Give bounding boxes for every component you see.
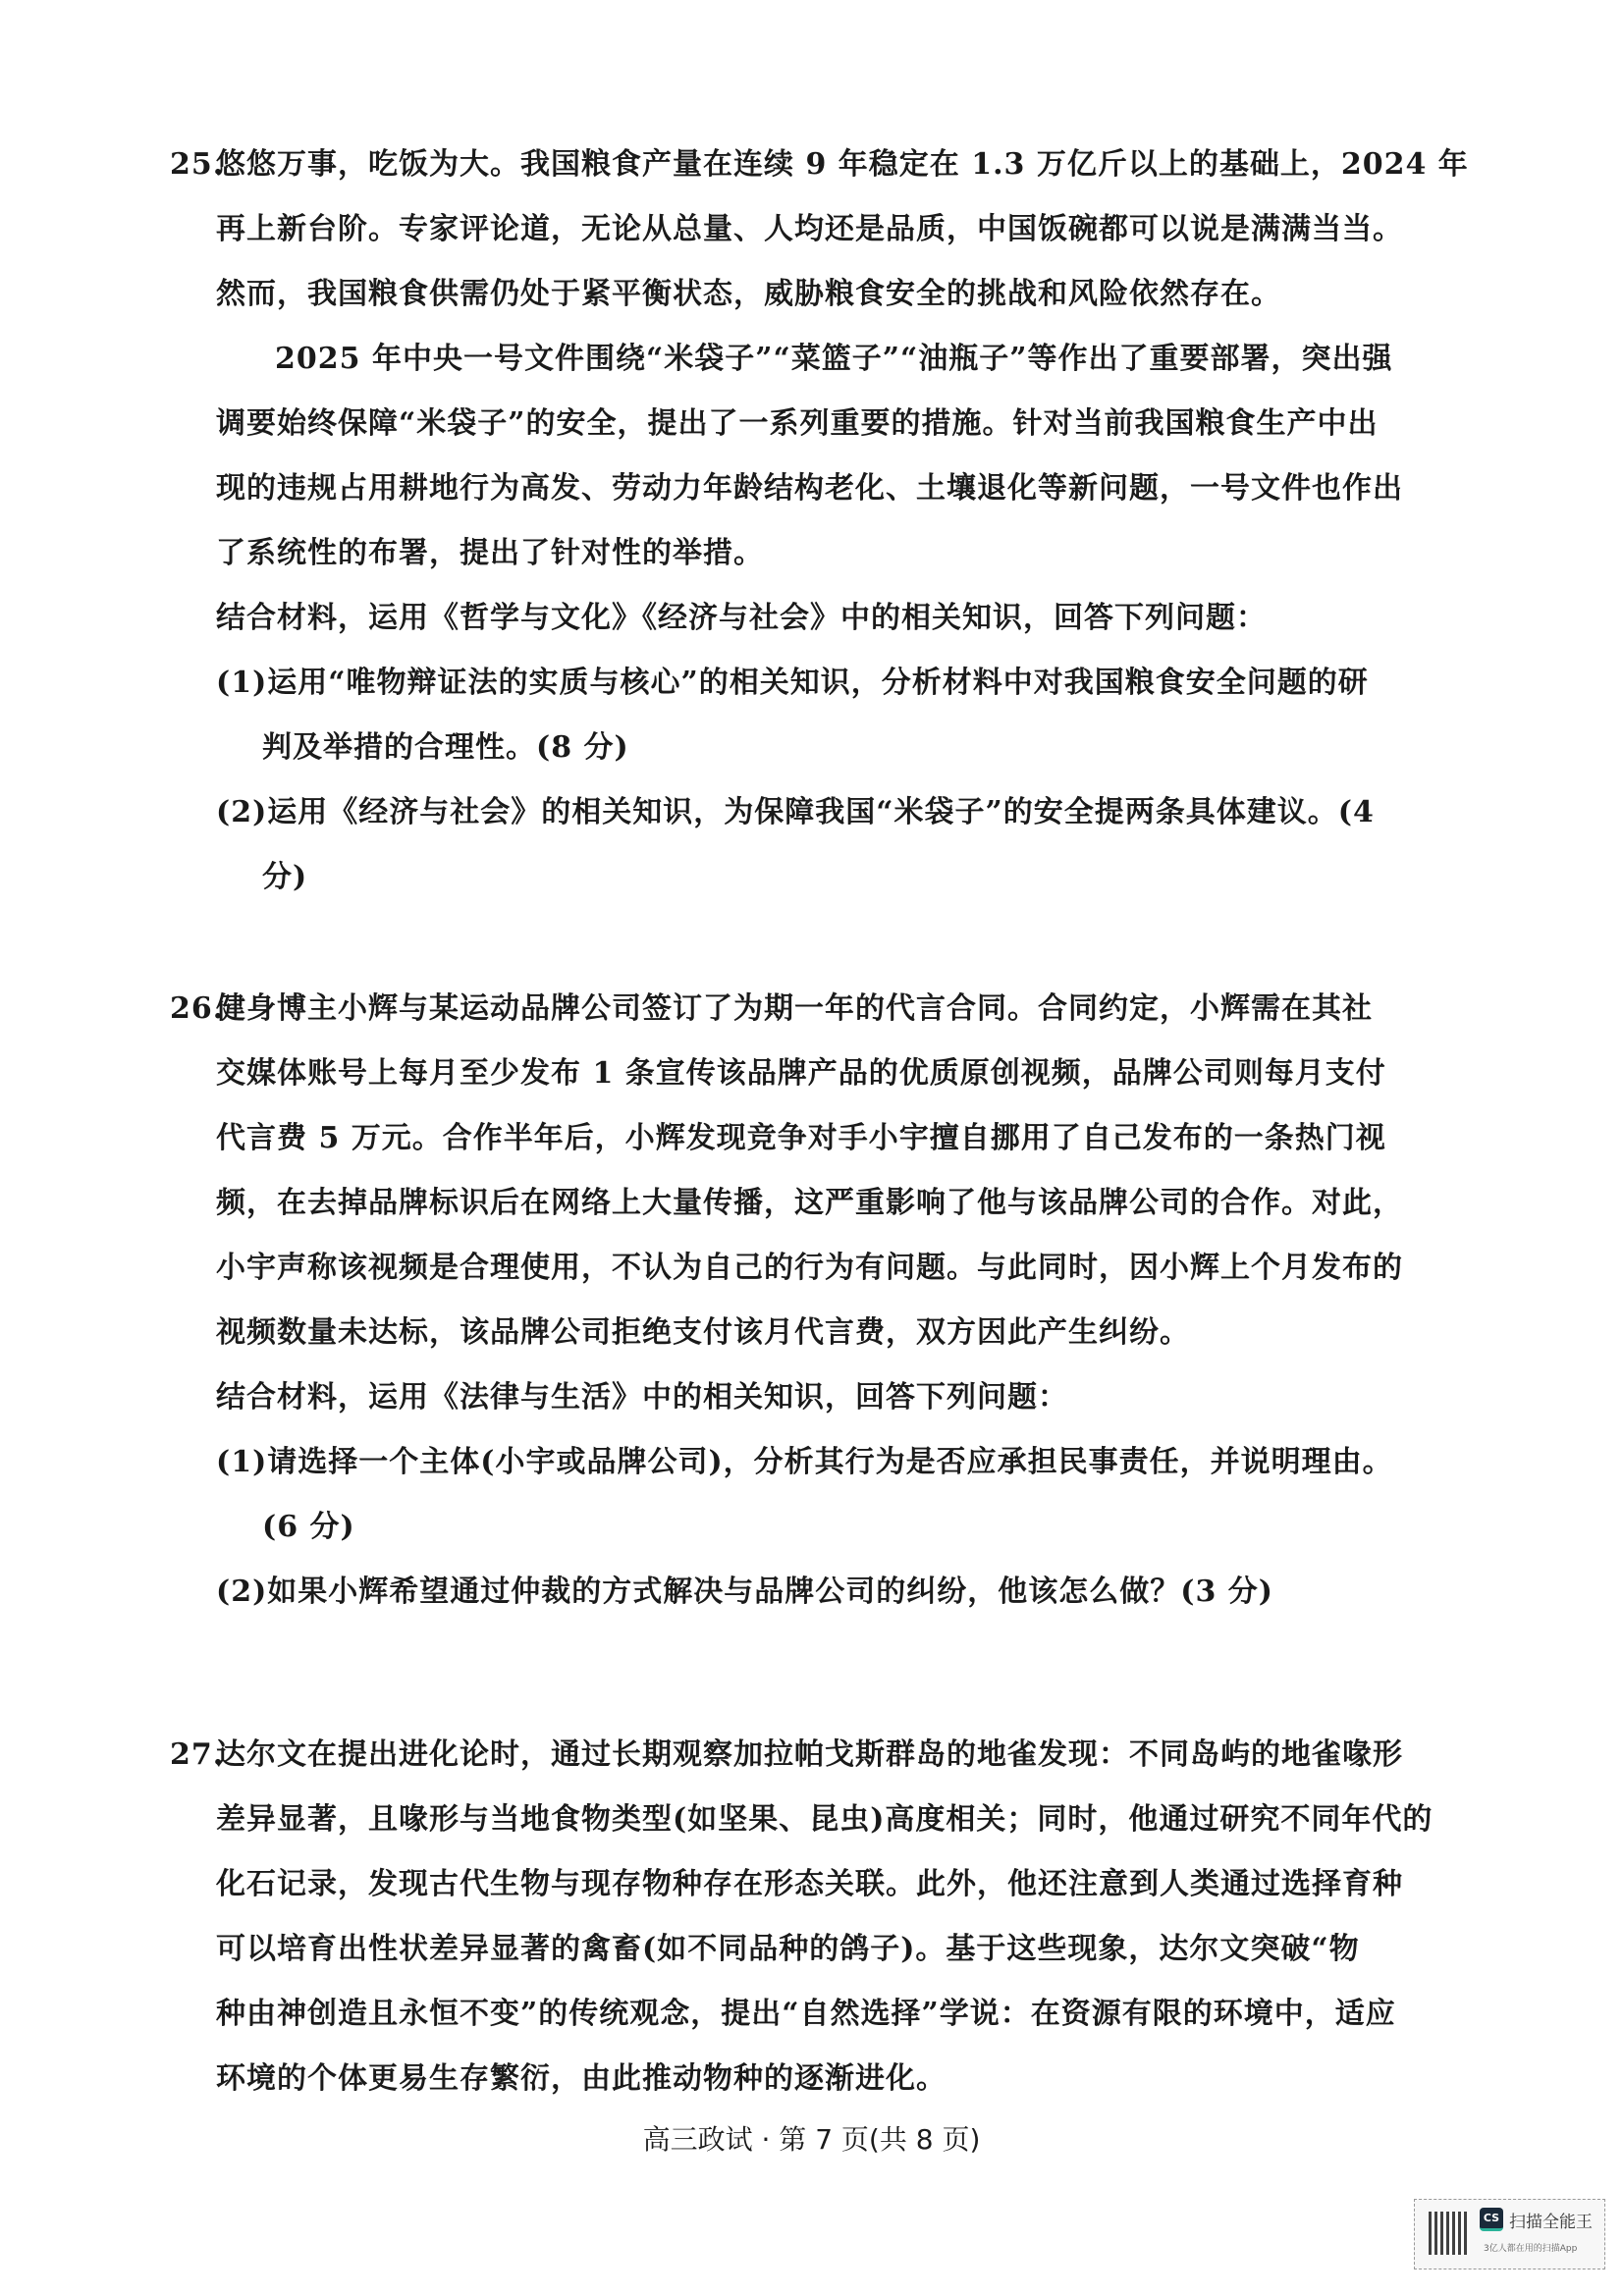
material-line: 小宇声称该视频是合理使用，不认为自己的行为有问题。与此同时，因小辉上个月发布的	[172, 1236, 1468, 1301]
instruction-line: 结合材料，运用《哲学与文化》《经济与社会》中的相关知识，回答下列问题：	[172, 586, 1468, 651]
material-line: 化石记录，发现古代生物与现存物种存在形态关联。此外，他还注意到人类通过选择育种	[172, 1852, 1468, 1917]
material-line: 然而，我国粮食供需仍处于紧平衡状态，威胁粮食安全的挑战和风险依然存在。	[172, 262, 1468, 327]
material-line: 2025 年中央一号文件围绕“米袋子”“菜篮子”“油瓶子”等作出了重要部署，突出…	[172, 327, 1468, 392]
question-number: 27.	[170, 1723, 224, 1788]
qr-code-icon	[1429, 2212, 1470, 2255]
material-line: 种由神创造且永恒不变”的传统观念，提出“自然选择”学说：在资源有限的环境中，适应	[172, 1982, 1468, 2047]
material-line: 频，在去掉品牌标识后在网络上大量传播，这严重影响了他与该品牌公司的合作。对此，	[172, 1171, 1468, 1236]
material-line: 代言费 5 万元。合作半年后，小辉发现竞争对手小宇擅自挪用了自己发布的一条热门视	[172, 1106, 1468, 1171]
sub-question-1: (1)运用“唯物辩证法的实质与核心”的相关知识，分析材料中对我国粮食安全问题的研	[172, 651, 1468, 716]
sub-question-1-cont: 判及举措的合理性。(8 分)	[172, 716, 1468, 780]
material-line: 可以培育出性状差异显著的禽畜(如不同品种的鸽子)。基于这些现象，达尔文突破“物	[172, 1917, 1468, 1982]
scanner-watermark-badge: CS 扫描全能王 3亿人都在用的扫描App	[1414, 2199, 1605, 2269]
material-line: 了系统性的布署，提出了针对性的举措。	[172, 521, 1468, 586]
material-line: 调要始终保障“米袋子”的安全，提出了一系列重要的措施。针对当前我国粮食生产中出	[172, 392, 1468, 456]
material-line: 达尔文在提出进化论时，通过长期观察加拉帕戈斯群岛的地雀发现：不同岛屿的地雀喙形	[172, 1723, 1468, 1788]
material-line: 交媒体账号上每月至少发布 1 条宣传该品牌产品的优质原创视频，品牌公司则每月支付	[172, 1041, 1468, 1106]
sub-question-2: (2)运用《经济与社会》的相关知识，为保障我国“米袋子”的安全提两条具体建议。(…	[172, 780, 1468, 845]
question-number: 25.	[170, 133, 224, 197]
page-footer: 高三政试 · 第 7 页(共 8 页)	[0, 2118, 1623, 2158]
scanner-app-name: 扫描全能王	[1509, 2208, 1593, 2232]
sub-question-2: (2)如果小辉希望通过仲裁的方式解决与品牌公司的纠纷，他该怎么做？(3 分)	[172, 1560, 1468, 1625]
question-number: 26.	[170, 977, 224, 1041]
sub-question-1: (1)请选择一个主体(小宇或品牌公司)，分析其行为是否应承担民事责任，并说明理由…	[172, 1430, 1468, 1495]
question-25: 25. 悠悠万事，吃饭为大。我国粮食产量在连续 9 年稳定在 1.3 万亿斤以上…	[172, 133, 1468, 910]
material-line: 再上新台阶。专家评论道，无论从总量、人均还是品质，中国饭碗都可以说是满满当当。	[172, 197, 1468, 262]
material-line: 视频数量未达标，该品牌公司拒绝支付该月代言费，双方因此产生纠纷。	[172, 1301, 1468, 1365]
question-27: 27. 达尔文在提出进化论时，通过长期观察加拉帕戈斯群岛的地雀发现：不同岛屿的地…	[172, 1723, 1468, 2111]
material-line: 现的违规占用耕地行为高发、劳动力年龄结构老化、土壤退化等新问题，一号文件也作出	[172, 456, 1468, 521]
material-line: 悠悠万事，吃饭为大。我国粮食产量在连续 9 年稳定在 1.3 万亿斤以上的基础上…	[172, 133, 1468, 197]
question-26: 26. 健身博主小辉与某运动品牌公司签订了为期一年的代言合同。合同约定，小辉需在…	[172, 977, 1468, 1625]
exam-page: 25. 悠悠万事，吃饭为大。我国粮食产量在连续 9 年稳定在 1.3 万亿斤以上…	[0, 0, 1623, 2296]
instruction-line: 结合材料，运用《法律与生活》中的相关知识，回答下列问题：	[172, 1365, 1468, 1430]
sub-question-2-cont: 分)	[172, 845, 1468, 910]
material-line: 健身博主小辉与某运动品牌公司签订了为期一年的代言合同。合同约定，小辉需在其社	[172, 977, 1468, 1041]
scanner-tagline: 3亿人都在用的扫描App	[1484, 2241, 1577, 2254]
material-line: 差异显著，且喙形与当地食物类型(如坚果、昆虫)高度相关；同时，他通过研究不同年代…	[172, 1788, 1468, 1852]
material-line: 环境的个体更易生存繁衍，由此推动物种的逐渐进化。	[172, 2047, 1468, 2111]
camscanner-logo-icon: CS	[1480, 2208, 1503, 2231]
sub-question-1-cont: (6 分)	[172, 1495, 1468, 1560]
